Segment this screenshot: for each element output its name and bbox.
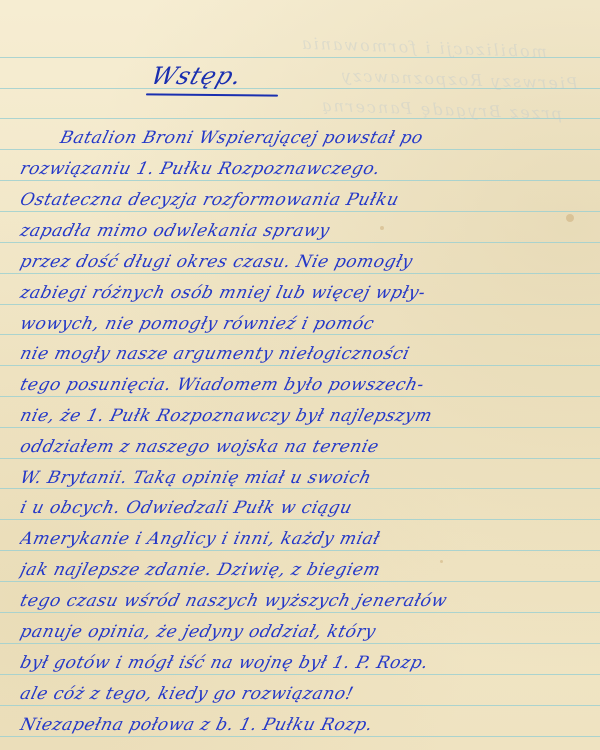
text-line: jak najlepsze zdanie. Dziwię, z biegiem	[18, 560, 595, 580]
text-line: panuje opinia, że jedyny oddział, który	[18, 622, 595, 642]
ruled-line	[0, 705, 600, 706]
text-line: Amerykanie i Anglicy i inni, każdy miał	[18, 529, 595, 549]
text-line: przez dość długi okres czasu. Nie pomogł…	[18, 252, 595, 272]
ruled-line	[0, 365, 600, 366]
ruled-line	[0, 396, 600, 397]
text-line: oddziałem z naszego wojska na terenie	[18, 437, 595, 457]
text-line: Ostateczna decyzja rozformowania Pułku	[18, 190, 595, 210]
ruled-line	[0, 550, 600, 551]
ruled-line	[0, 242, 600, 243]
ruled-line	[0, 334, 600, 335]
ruled-line	[0, 519, 600, 520]
ruled-line	[0, 674, 600, 675]
ruled-line	[0, 304, 600, 305]
bleedthrough-text: Pierwszy Rozpoznawczy	[340, 66, 578, 93]
text-line: tego posunięcia. Wiadomem było powszech-	[18, 375, 595, 395]
manuscript-page: mobilizacji i formowania Pierwszy Rozpoz…	[0, 0, 600, 750]
text-line: ale cóż z tego, kiedy go rozwiązano!	[18, 684, 595, 704]
text-line: zapadła mimo odwlekania sprawy	[18, 221, 595, 241]
ruled-line	[0, 736, 600, 737]
text-line: wowych, nie pomogły równieź i pomóc	[18, 314, 595, 334]
text-line: zabiegi różnych osób mniej lub więcej wp…	[18, 283, 595, 303]
text-line: Niezapełna połowa z b. 1. Pułku Rozp.	[18, 715, 595, 735]
ruled-line	[0, 643, 600, 644]
ruled-line	[0, 458, 600, 459]
text-line: Batalion Broni Wspierającej powstał po	[58, 128, 595, 148]
ruled-line	[0, 488, 600, 489]
bleedthrough-text: przez Brygadę Pancerną	[320, 96, 563, 123]
title-underline	[146, 93, 278, 96]
text-line: był gotów i mógł iść na wojnę był 1. P. …	[18, 653, 595, 673]
ruled-line	[0, 427, 600, 428]
ruled-line	[0, 581, 600, 582]
ruled-line	[0, 211, 600, 212]
ruled-line	[0, 273, 600, 274]
text-line: nie mogły nasze argumenty niełogiczności	[18, 344, 595, 364]
text-line: W. Brytanii. Taką opinię miał u swoich	[18, 468, 595, 488]
text-line: nie, że 1. Pułk Rozpoznawczy był najleps…	[18, 406, 595, 426]
ruled-line	[0, 149, 600, 150]
page-title: Wstęp.	[147, 62, 246, 90]
ruled-line	[0, 180, 600, 181]
text-line: i u obcych. Odwiedzali Pułk w ciągu	[18, 498, 595, 518]
text-line: tego czasu wśród naszych wyższych jenera…	[18, 591, 595, 611]
text-line: rozwiązaniu 1. Pułku Rozpoznawczego.	[18, 159, 595, 179]
ruled-line	[0, 612, 600, 613]
